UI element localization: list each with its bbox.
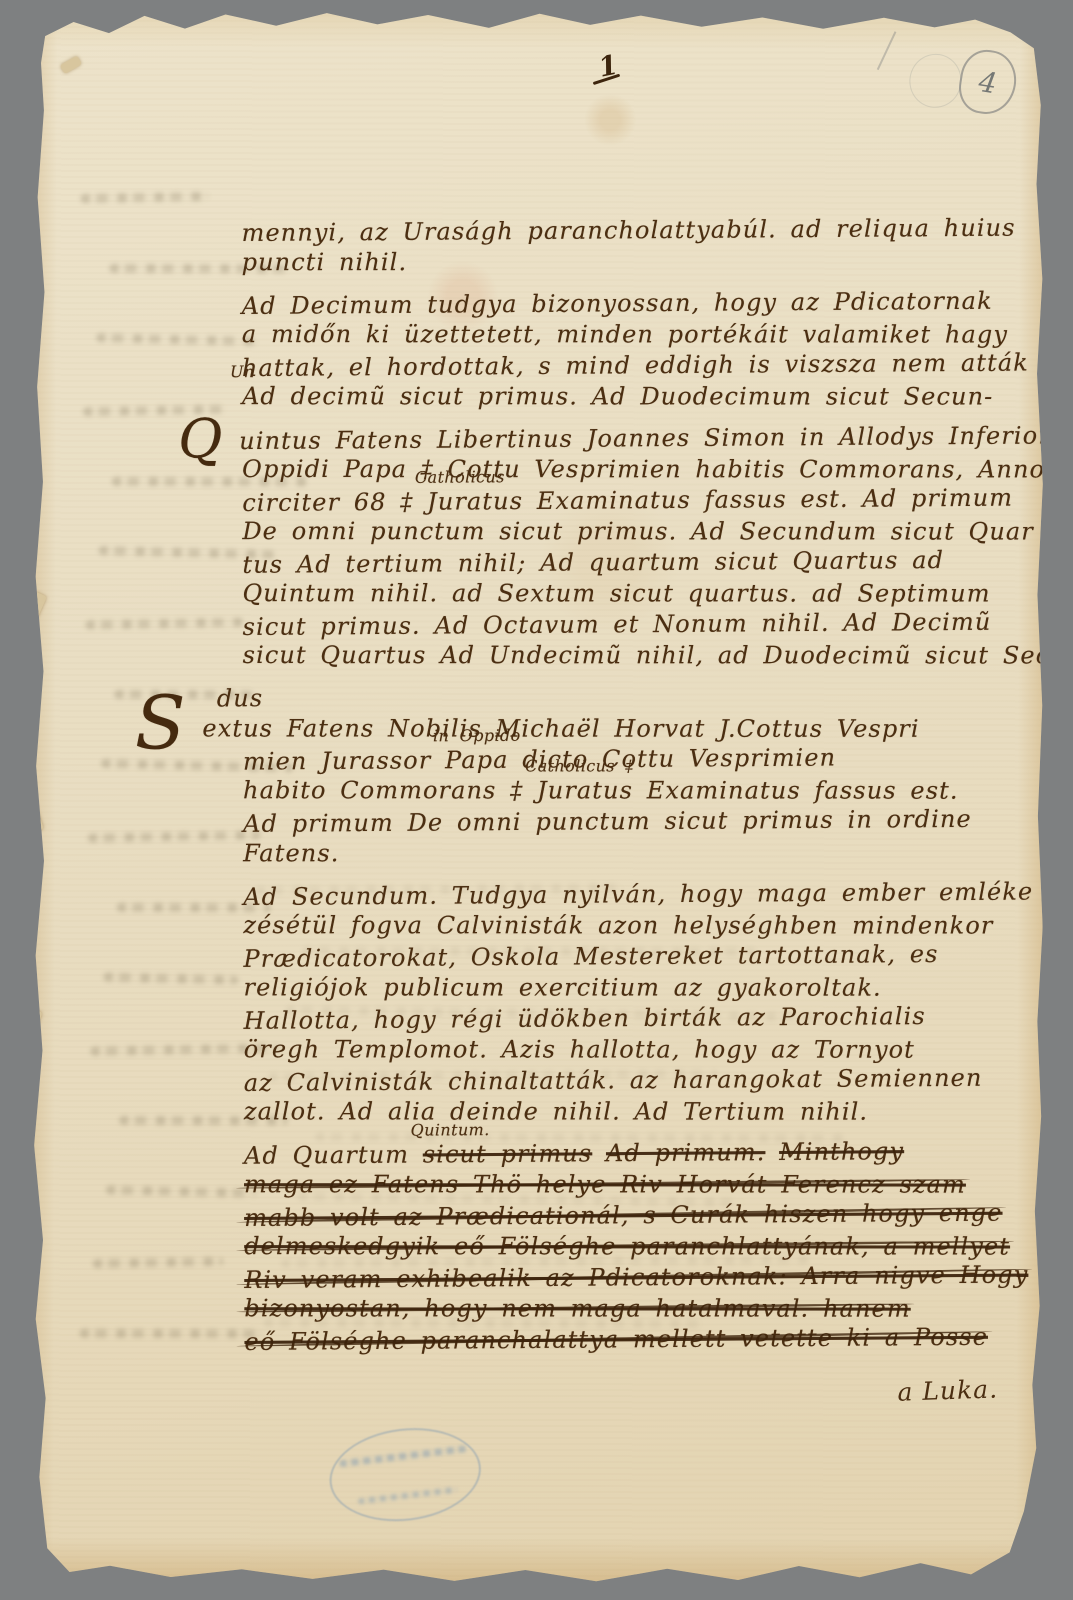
text-run: a midőn ki üzettetett, minden portékáit … bbox=[242, 320, 1008, 348]
text-run: habito Commorans ‡ bbox=[243, 776, 523, 804]
text-run: hattak, el hordottak, s mind eddigh is v… bbox=[242, 349, 1029, 382]
text-run: sicut Quartus Ad Undecimũ nihil, ad Duod… bbox=[243, 641, 1073, 669]
text-run: Juratus Examinatus fassus est. bbox=[537, 776, 959, 804]
bleedthrough-ghost-line bbox=[81, 192, 209, 203]
text-run: uintus Fatens Libertinus Joannes Simon i… bbox=[239, 421, 1073, 455]
paper-tear bbox=[23, 591, 47, 624]
paper-tear bbox=[22, 797, 44, 833]
manuscript-line: habito Commorans ‡ Catholicus ‡Juratus E… bbox=[243, 775, 959, 806]
text-run: puncti nihil. bbox=[242, 248, 408, 276]
page-number-mark: 1 bbox=[596, 50, 621, 84]
manuscript-line: a midőn ki üzettetett, minden portékáit … bbox=[242, 319, 1008, 350]
struck-text-run: bizonyostan, hogy nem maga hatalmaval. h… bbox=[244, 1294, 910, 1322]
manuscript-line: circiter 68 ‡ CatholicusJuratus Examinat… bbox=[242, 483, 1013, 519]
manuscript-line: Quintum nihil. ad Sextum sicut quartus. … bbox=[242, 578, 990, 609]
text-run: religiójok publicum exercitium az gyakor… bbox=[244, 973, 882, 1001]
catchword: a Luka. bbox=[897, 1374, 998, 1406]
bleedthrough-ghost-line bbox=[96, 333, 258, 346]
paragraph: Ad Quartum Quintum.sicut primus Ad primu… bbox=[244, 1137, 1051, 1356]
text-run: circiter 68 ‡ bbox=[242, 488, 413, 517]
text-run: Oppidi Papa ‡ Cottu Vesprimien habitis C… bbox=[242, 455, 1073, 483]
text-run: De omni punctum sicut primus. Ad Secundu… bbox=[242, 517, 1034, 545]
text-run: mien Jurassor bbox=[243, 746, 445, 775]
text-run: Hallotta, hogy régi üdökben birták az Pa… bbox=[244, 1002, 926, 1035]
bleedthrough-ghost-line bbox=[88, 830, 261, 842]
manuscript-line: UnAd decimũ sicut primus. Ad Duodecimum … bbox=[242, 381, 993, 412]
manuscript-line: mabb volt az Prædicationál, s Curák hisz… bbox=[244, 1198, 1003, 1234]
manuscript-line: Oppidi Papa ‡ Cottu Vesprimien habitis C… bbox=[242, 454, 1073, 485]
bleedthrough-ghost-line bbox=[85, 618, 243, 630]
bleedthrough-ghost-line bbox=[93, 1257, 224, 1268]
manuscript-line: Prædicatorokat, Oskola Mestereket tartot… bbox=[243, 939, 938, 975]
manuscript-line: delmeskedgyik eő Fölséghe paranchlattyán… bbox=[244, 1231, 1010, 1262]
manuscript-line: Ad Decimum tudgya bizonyossan, hogy az P… bbox=[242, 286, 993, 322]
struck-text-run: eő Fölséghe paranchalattya mellett vetet… bbox=[244, 1323, 988, 1356]
manuscript-line: puncti nihil. bbox=[242, 247, 408, 278]
text-run: Juratus Examinatus fassus est. Ad primum bbox=[427, 484, 1013, 516]
initial-flourish: Q bbox=[178, 407, 224, 470]
manuscript-line: sicut primus. Ad Octavum et Nonum nihil.… bbox=[242, 607, 991, 643]
text-run: dus bbox=[217, 684, 264, 712]
manuscript-line: Riv veram exhibealik az Pdicatoroknak: A… bbox=[244, 1260, 1028, 1296]
text-run: Papa dicto Cottu Vesprimien bbox=[445, 743, 836, 774]
text-run: sicut primus. Ad Octavum et Nonum nihil.… bbox=[242, 608, 991, 641]
struck-text-run: maga ez Fatens Thö helye Riv Horvát Fere… bbox=[244, 1170, 966, 1198]
text-run: extus Fatens Nobilis Michaël Horvat J.Co… bbox=[202, 714, 919, 742]
bleedthrough-ghost-line bbox=[80, 1329, 264, 1338]
manuscript-line: S extus Fatens Nobilis Michaël Horvat J.… bbox=[135, 713, 920, 744]
manuscript-line: tus Ad tertium nihil; Ad quartum sicut Q… bbox=[242, 545, 944, 581]
manuscript-line: De omni punctum sicut primus. Ad Secundu… bbox=[242, 516, 1034, 547]
text-run: Ad Quartum bbox=[244, 1141, 409, 1170]
text-run: Ad decimũ sicut primus. Ad Duodecimum si… bbox=[242, 382, 993, 410]
text-run: zallot. Ad alia deinde nihil. Ad Tertium… bbox=[244, 1097, 868, 1125]
text-run: Ad primum De omni punctum sicut primus i… bbox=[243, 805, 972, 838]
manuscript-line: eő Fölséghe paranchalattya mellett vetet… bbox=[244, 1322, 988, 1358]
bleedthrough-ghost-line bbox=[103, 972, 238, 984]
paper-tear bbox=[23, 1009, 42, 1037]
struck-text-run: mabb volt az Prædicationál, s Curák hisz… bbox=[244, 1199, 1003, 1232]
pencil-folio-number: 4 bbox=[976, 64, 999, 99]
interlinear-insertion: in Oppido bbox=[433, 728, 521, 745]
struck-text-run: sicut primus bbox=[423, 1139, 593, 1168]
manuscript-line: sicut Quartus Ad Undecimũ nihil, ad Duod… bbox=[243, 640, 1073, 671]
manuscript-line: religiójok publicum exercitium az gyakor… bbox=[244, 972, 882, 1003]
paragraph: Ad Secundum. Tudgya nyilván, hogy maga e… bbox=[243, 878, 1050, 1128]
interlinear-insertion: Un bbox=[230, 364, 255, 380]
manuscript-line: bizonyostan, hogy nem maga hatalmaval. h… bbox=[244, 1293, 910, 1324]
initial-flourish: S bbox=[135, 680, 187, 766]
manuscript-line: Ad Secundum. Tudgya nyilván, hogy maga e… bbox=[243, 877, 1033, 914]
paragraph: dus S extus Fatens Nobilis Michaël Horva… bbox=[243, 681, 1049, 869]
struck-text-run: delmeskedgyik eő Fölséghe paranchlattyán… bbox=[244, 1232, 1010, 1260]
manuscript-line: hattak, el hordottak, s mind eddigh is v… bbox=[242, 348, 1029, 384]
manuscript-line: Ad primum De omni punctum sicut primus i… bbox=[243, 804, 972, 840]
paragraph: Q uintus Fatens Libertinus Joannes Simon… bbox=[242, 422, 1049, 672]
paragraph: mennyi, az Uraságh parancholattyabúl. ad… bbox=[242, 214, 1048, 278]
manuscript-line: mennyi, az Uraságh parancholattyabúl. ad… bbox=[241, 213, 1015, 249]
page-number-mark-glyph: 1 bbox=[596, 50, 621, 84]
manuscript-line: öregh Templomot. Azis hallotta, hogy az … bbox=[244, 1034, 915, 1065]
text-run: mennyi, az Uraságh parancholattyabúl. ad… bbox=[241, 214, 1015, 247]
text-run: öregh Templomot. Azis hallotta, hogy az … bbox=[244, 1035, 915, 1063]
manuscript-line: Q uintus Fatens Libertinus Joannes Simon… bbox=[178, 420, 1073, 457]
text-run: az Calvinisták chinaltatták. az harangok… bbox=[244, 1064, 983, 1097]
struck-text-run: Riv veram exhibealik az Pdicatoroknak: A… bbox=[244, 1261, 1028, 1294]
text-run: zésétül fogva Calvinisták azon helységhb… bbox=[243, 911, 993, 939]
paper-tear bbox=[60, 55, 82, 74]
manuscript-line: maga ez Fatens Thö helye Riv Horvát Fere… bbox=[244, 1169, 966, 1200]
manuscript-page: 1 4 mennyi, az Uraságh parancholattyabúl… bbox=[29, 8, 1046, 1591]
archive-stamp bbox=[324, 1420, 486, 1529]
pencil-folio-circle: 4 bbox=[955, 46, 1020, 118]
text-run: tus Ad tertium nihil; Ad quartum sicut Q… bbox=[242, 546, 944, 579]
manuscript-text-block: mennyi, az Uraságh parancholattyabúl. ad… bbox=[242, 214, 1051, 1367]
bleedthrough-ghost-line bbox=[106, 1185, 256, 1198]
text-run: Fatens. bbox=[243, 839, 339, 867]
manuscript-line: Hallotta, hogy régi üdökben birták az Pa… bbox=[244, 1001, 926, 1037]
struck-text-run: Minthogy bbox=[779, 1137, 904, 1166]
manuscript-line: zésétül fogva Calvinisták azon helységhb… bbox=[243, 910, 993, 941]
text-run: Ad Decimum tudgya bizonyossan, hogy az P… bbox=[242, 287, 993, 320]
manuscript-line: dus bbox=[217, 683, 264, 714]
text-run: Ad Secundum. Tudgya nyilván, hogy maga e… bbox=[243, 878, 1033, 912]
manuscript-line: az Calvinisták chinaltatták. az harangok… bbox=[244, 1063, 983, 1099]
text-run: Quintum nihil. ad Sextum sicut quartus. … bbox=[242, 579, 990, 607]
paragraph: Ad Decimum tudgya bizonyossan, hogy az P… bbox=[242, 287, 1048, 413]
manuscript-line: Fatens. bbox=[243, 838, 339, 869]
manuscript-line: Ad Quartum Quintum.sicut primus Ad primu… bbox=[244, 1136, 904, 1172]
struck-text-run: Ad primum. bbox=[606, 1138, 766, 1167]
manuscript-line: zallot. Ad alia deinde nihil. Ad Tertium… bbox=[244, 1096, 868, 1127]
interlinear-insertion: Catholicus bbox=[415, 469, 505, 486]
interlinear-insertion: Catholicus ‡ bbox=[525, 758, 634, 774]
text-run: Prædicatorokat, Oskola Mestereket tartot… bbox=[243, 940, 938, 973]
interlinear-insertion: Quintum. bbox=[411, 1122, 490, 1139]
